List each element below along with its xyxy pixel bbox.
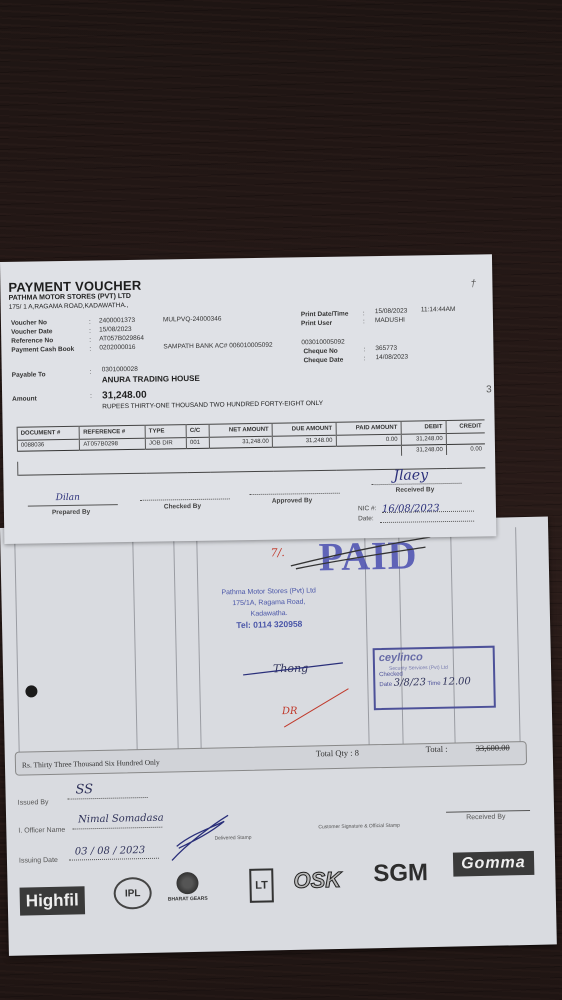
cell-cc: 001	[186, 437, 209, 448]
gomma-logo: Gomma	[453, 851, 534, 877]
total-qty-value: 8	[355, 748, 359, 758]
mulpvq-number: MULPVQ-24000346	[163, 316, 222, 324]
corner-scribble: †	[470, 279, 476, 290]
received-by-signature: Jlaey	[393, 467, 428, 484]
total-credit: 0.00	[446, 444, 485, 455]
signature-strokes	[233, 651, 355, 733]
officer-name-label: I. Officer Name	[18, 827, 65, 835]
lion-icon	[176, 872, 198, 894]
received-date-value: 16/08/2023	[382, 503, 440, 515]
payment-cash-book-label: Payment Cash Book	[11, 346, 74, 354]
company-name: PATHMA MOTOR STORES (PVT) LTD	[9, 293, 131, 302]
col-type: TYPE	[145, 425, 186, 439]
cheque-no-label: Cheque No	[303, 348, 337, 356]
cheque-no-value: 365773	[375, 345, 397, 352]
voucher-no-value: 2400001373	[99, 317, 135, 325]
delivered-stamp-label: Delivered Stamp	[214, 835, 251, 842]
company-address-stamp: Pathma Motor Stores (Pvt) Ltd 175/1A, Ra…	[221, 585, 316, 631]
payable-to-code: 0301000028	[102, 366, 138, 374]
totals-bar: Rs. Thirty Three Thousand Six Hundred On…	[15, 741, 527, 776]
approved-by-label: Approved By	[272, 497, 313, 505]
cell-credit	[446, 433, 485, 445]
officer-name-value: Nimal Somadasa	[78, 813, 164, 826]
bank-account: SAMPATH BANK AC# 006010005092	[163, 342, 272, 351]
issued-by-signature: SS	[75, 782, 93, 797]
voucher-date-label: Voucher Date	[11, 328, 53, 336]
print-user-label: Print User	[301, 320, 332, 327]
reference-no-value: AT057B029864	[99, 335, 144, 343]
cell-type: JOB DIR	[145, 438, 186, 450]
col-debit: DEBIT	[401, 421, 446, 435]
check-date-label: Date	[379, 682, 392, 688]
cheque-date-label: Cheque Date	[304, 357, 344, 365]
punch-hole	[25, 685, 37, 697]
print-datetime-label: Print Date/Time	[301, 311, 349, 319]
delivery-receipt-sheet: 7/. PAID Pathma Motor Stores (Pvt) Ltd 1…	[0, 517, 557, 956]
red-handwritten-mark: 7/.	[270, 546, 284, 559]
print-user-value: MADUSHI	[375, 317, 405, 324]
check-time-value: 12.00	[442, 676, 471, 688]
company-address: 175/ 1 A,RAGAMA ROAD,KADAWATHA.,	[9, 302, 129, 311]
security-check-stamp: ceylinco Security Services (Pvt) Ltd Che…	[373, 646, 496, 711]
voucher-date-value: 15/08/2023	[99, 326, 132, 334]
col-document: DOCUMENT #	[17, 426, 80, 440]
total-label: Total :	[426, 744, 448, 754]
voucher-no-label: Voucher No	[11, 319, 47, 327]
account-number: 003010005092	[301, 339, 344, 347]
red-initials: DR	[282, 706, 298, 717]
osk-logo: OSK	[293, 867, 341, 894]
ipl-logo: IPL	[113, 877, 152, 910]
stamp-telephone: Tel: 0114 320958	[222, 618, 317, 631]
lt-logo: LT	[249, 868, 274, 902]
print-date-value: 15/08/2023	[375, 308, 408, 316]
total-value: 33,600.00	[476, 742, 510, 753]
reference-no-label: Reference No	[11, 337, 53, 345]
payment-voucher-sheet: PAYMENT VOUCHER PATHMA MOTOR STORES (PVT…	[0, 254, 496, 544]
col-net-amount: NET AMOUNT	[209, 423, 272, 437]
col-due-amount: DUE AMOUNT	[272, 422, 336, 436]
cheque-date-value: 14/08/2023	[375, 354, 408, 362]
cell-debit: 31,248.00	[401, 434, 446, 446]
nic-label: NIC #:	[358, 505, 377, 512]
bharat-gears-text: BHARAT GEARS	[168, 896, 208, 903]
check-time-label: Time	[427, 681, 440, 687]
amount-label: Amount	[12, 395, 37, 402]
payment-cash-book-value: 0202000016	[99, 344, 135, 352]
amount-value: 31,248.00	[102, 390, 147, 402]
received-by-label: Received By	[396, 486, 435, 494]
col-reference: REFERENCE #	[80, 425, 146, 439]
total-debit: 31,248.00	[401, 445, 446, 456]
received-by-label: Received By	[466, 813, 505, 821]
prepared-by-label: Prepared By	[52, 509, 90, 517]
date-label: Date:	[358, 515, 374, 522]
col-cc: C/C	[186, 424, 209, 437]
total-qty: Total Qty : 8	[316, 748, 359, 759]
total-in-words: Rs. Thirty Three Thousand Six Hundred On…	[22, 758, 160, 770]
issuing-date-value: 03 / 08 / 2023	[75, 845, 146, 857]
check-date-value: 3/8/23	[394, 677, 426, 689]
checked-by-label: Checked By	[164, 503, 201, 511]
customer-signature-label: Customer Signature & Official Stamp	[318, 823, 400, 831]
total-qty-label: Total Qty :	[316, 748, 353, 759]
issuing-date-label: Issuing Date	[19, 857, 58, 865]
issued-by-label: Issued By	[18, 799, 49, 807]
payable-to-name: ANURA TRADING HOUSE	[102, 374, 200, 385]
highfil-logo: Highfil	[20, 886, 85, 915]
sgm-logo: SGM	[373, 859, 428, 888]
col-credit: CREDIT	[446, 420, 485, 434]
amount-in-words: RUPEES THIRTY-ONE THOUSAND TWO HUNDRED F…	[102, 400, 323, 410]
col-paid-amount: PAID AMOUNT	[336, 421, 401, 435]
prepared-by-signature: Dilan	[56, 493, 80, 503]
print-time-value: 11:14:44AM	[421, 306, 456, 314]
margin-bracket-mark: 3	[486, 384, 492, 395]
payable-to-label: Payable To	[12, 371, 46, 379]
bharat-gears-logo: BHARAT GEARS	[167, 872, 208, 903]
